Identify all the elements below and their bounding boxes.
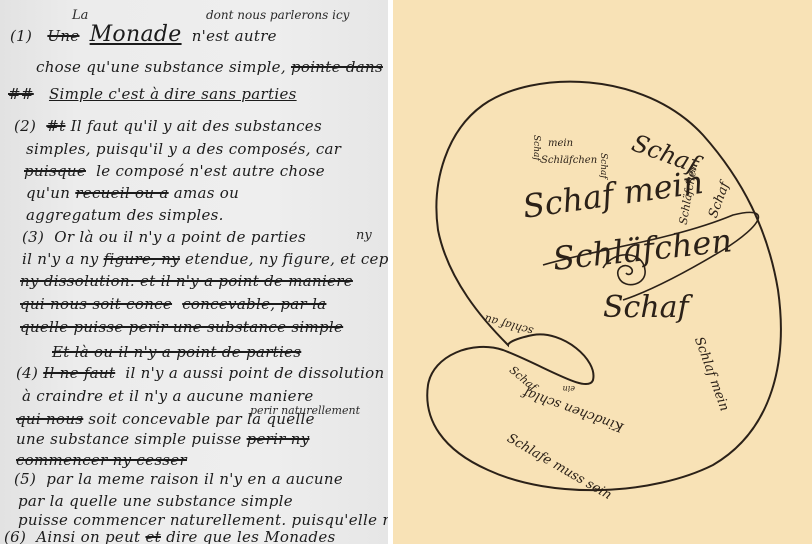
line-text: Ainsi on peut [36, 528, 140, 544]
manuscript-line: il n'y a ny figure, ny etendue, ny figur… [22, 250, 388, 268]
deleted-word: #t [46, 117, 65, 135]
manuscript-line: (1) Une Monade n'est autre [10, 22, 277, 47]
line-text: ny dissolution. et il n'y a point de man… [20, 272, 353, 290]
margin-note: ny [356, 228, 372, 243]
annotation-la: La [72, 8, 88, 23]
manuscript-line: (4) Il ne faut il n'y a aussi point de d… [16, 364, 384, 382]
word-schaf-vertical: Schaf [598, 153, 608, 179]
manuscript-line: chose qu'une substance simple, pointe da… [36, 58, 383, 76]
line-text: quelle puisse perir une substance simple [20, 318, 343, 336]
manuscript-line-struck: ny dissolution. et il n'y a point de man… [20, 272, 353, 290]
deleted-word: et [145, 528, 161, 544]
line-text: dire que les Monades [166, 528, 335, 544]
line-text: qu'un [26, 184, 70, 202]
interlinear-note: perir naturellement [250, 404, 360, 417]
manuscript-line: une substance simple puisse perir ny [16, 430, 310, 448]
line-text: chose qu'une substance simple, [36, 58, 286, 76]
deleted-word: puisque [24, 162, 86, 180]
line-text: Simple c'est à dire sans parties [49, 85, 297, 103]
line-text: amas ou [174, 184, 239, 202]
line-text: Or là ou il n'y a point de parties [54, 228, 306, 246]
line-text: il n'y a ny [22, 250, 99, 268]
line-text: par la meme raison il n'y en a aucune [46, 470, 343, 488]
deleted-word: Une [47, 27, 79, 45]
leibniz-manuscript-panel: dont nous parlerons icy La (1) Une Monad… [0, 0, 388, 544]
word-schlafchen-small: Schläfchen [541, 155, 597, 166]
word-schaf-small: Schaf [531, 135, 541, 161]
deleted-word: recueil ou a [75, 184, 168, 202]
line-text: Et là ou il n'y a point de parties [52, 343, 301, 361]
deleted-word: qui nous soit conce [20, 295, 172, 313]
manuscript-line: qu'un recueil ou a amas ou [26, 184, 239, 202]
manuscript-line: à craindre et il n'y a aucune maniere [22, 387, 314, 405]
manuscript-line: par la quelle une substance simple [18, 492, 293, 510]
line-text: commencer ny cesser [16, 451, 187, 469]
deleted-word: perir ny [247, 430, 310, 448]
annotation-top: dont nous parlerons icy [206, 8, 349, 22]
deleted-word: qui nous [16, 410, 83, 428]
manuscript-line: qui nous soit conce concevable, par la [20, 295, 326, 313]
paragraph-number: (6) [4, 528, 26, 544]
deleted-word: Il ne faut [43, 364, 115, 382]
deleted-word: figure, ny [104, 250, 180, 268]
manuscript-line: (2) #t Il faut qu'il y ait des substance… [14, 117, 322, 135]
line-text: etendue, ny figure, et cept [185, 250, 388, 268]
monade-title: Monade [90, 22, 182, 47]
line-text: à craindre et il n'y a aucune maniere [22, 387, 314, 405]
manuscript-line-struck: quelle puisse perir une substance simple [20, 318, 343, 336]
line-text: une substance simple puisse [16, 430, 242, 448]
manuscript-line-struck: Et là ou il n'y a point de parties [52, 343, 301, 361]
manuscript-line: (6) Ainsi on peut et dire que les Monade… [4, 528, 336, 544]
word-ein: ein [563, 384, 575, 393]
line-text: n'est autre [192, 27, 277, 45]
manuscript-line-struck: commencer ny cesser [16, 451, 187, 469]
manuscript-line: puisse commencer naturellement. puisqu'e… [18, 511, 388, 529]
manuscript-line: (5) par la meme raison il n'y en a aucun… [14, 470, 343, 488]
deleted-word: pointe dans [291, 58, 383, 76]
line-text: simples, puisqu'il y a des composés, car [26, 140, 341, 158]
word-mein-small: mein [548, 138, 573, 149]
manuscript-line: (3) Or là ou il n'y a point de parties [22, 228, 306, 246]
manuscript-line: puisque le composé n'est autre chose [24, 162, 325, 180]
line-text: par la quelle une substance simple [18, 492, 293, 510]
schaf-poem-drawing-panel: Schaf mein Schläfchen Schaf Schaf mein S… [393, 0, 812, 544]
paragraph-number: (3) [22, 228, 44, 246]
line-text: Il faut qu'il y ait des substances [71, 117, 322, 135]
paragraph-number: (4) [16, 364, 38, 382]
paragraph-number: (1) [10, 27, 32, 45]
deleted-word: ## [8, 85, 34, 103]
manuscript-line: ## Simple c'est à dire sans parties [8, 85, 297, 103]
line-text: concevable, par la [182, 295, 326, 313]
line-text: puisse commencer naturellement. puisqu'e… [18, 511, 388, 529]
word-schaf-big: Schaf [603, 290, 689, 325]
paragraph-number: (5) [14, 470, 36, 488]
manuscript-line: aggregatum des simples. [26, 206, 224, 224]
paragraph-number: (2) [14, 117, 36, 135]
line-text: aggregatum des simples. [26, 206, 224, 224]
manuscript-line: simples, puisqu'il y a des composés, car [26, 140, 341, 158]
line-text: il n'y a aussi point de dissolution [125, 364, 384, 382]
line-text: le composé n'est autre chose [96, 162, 325, 180]
